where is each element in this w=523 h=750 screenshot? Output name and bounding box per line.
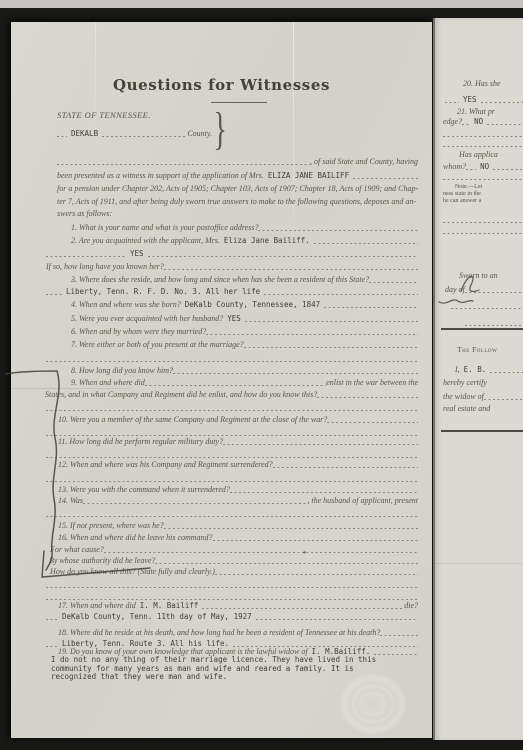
- blank-ruled-line: [46, 402, 418, 413]
- dotted-leader: [57, 136, 67, 137]
- dotted-leader: [164, 528, 418, 529]
- curly-brace: }: [213, 106, 227, 152]
- dotted-leader: [223, 444, 418, 445]
- dotted-leader: [46, 361, 418, 362]
- question-text: 3. Where does she reside, and how long a…: [71, 274, 369, 285]
- dotted-leader: [46, 410, 418, 411]
- question-has-applicant: Has applica: [459, 149, 523, 160]
- question-text: 5. Were you ever acquainted with her hus…: [71, 313, 223, 324]
- preamble-text: been presented as a witness in support o…: [57, 170, 264, 181]
- county-word: County.: [187, 128, 212, 139]
- dotted-leader: [462, 124, 470, 125]
- question-10: 10. Were you a member of the same Compan…: [58, 414, 418, 425]
- dotted-leader: [46, 619, 58, 620]
- dotted-leader: [148, 256, 418, 257]
- question-12: 12. When and where was his Company and R…: [58, 459, 418, 470]
- question-text: 9. When and where did: [71, 377, 145, 388]
- dotted-leader: [493, 169, 523, 170]
- typed-answer: NO: [474, 116, 483, 127]
- question-3: 3. Where does she reside, and how long a…: [71, 274, 418, 285]
- blank-ruled-line: [46, 473, 418, 484]
- dotted-leader: [46, 646, 58, 647]
- question-18: 18. Where did he reside at his death, an…: [58, 627, 418, 638]
- dotted-leader: [173, 373, 418, 374]
- jurat-text: day of: [445, 284, 465, 295]
- question-text: 8. How long did you know him?: [71, 365, 173, 376]
- certify-line-1: I, E. B.: [455, 364, 523, 375]
- note-text: he can answer a: [443, 198, 481, 204]
- preamble-text: , of said State and County, having: [310, 156, 418, 167]
- question-15: 15. If not present, where was he?: [58, 520, 418, 531]
- form-page-2-partial: 20. Has she YES 21. What pr edge? NO Has…: [433, 18, 523, 740]
- dotted-leader: [46, 294, 62, 295]
- typed-answer: recognized that they were man and wife.: [51, 671, 227, 682]
- jurat-text: Sworn to an: [459, 270, 498, 281]
- question-text: enlist in the war between the: [326, 377, 418, 388]
- dotted-leader: [443, 222, 523, 223]
- note-line-2: ness state in the: [443, 190, 523, 197]
- question-17: 17. When and where did I. M. Bailiff die…: [58, 600, 418, 611]
- typed-answer: YES: [130, 248, 144, 259]
- blank-ruled-line: [46, 353, 418, 364]
- typed-answer: Liberty, Tenn. R. F. D. No. 3. All her l…: [66, 286, 260, 297]
- certify-line-3: the widow of: [443, 391, 523, 402]
- question-9-continued: States, and in what Company and Regiment…: [45, 389, 418, 400]
- dotted-leader: [83, 503, 307, 504]
- following-heading: The Follow: [457, 344, 523, 355]
- question-text: 16. When and where did he leave his comm…: [58, 532, 213, 543]
- typed-answer: I. M. Bailiff: [140, 600, 199, 611]
- answer-2-yes: YES: [46, 248, 418, 259]
- question-text: How do you know all this? (State fully a…: [50, 566, 215, 577]
- dotted-leader: [451, 308, 523, 309]
- certify-text: real estate and: [443, 403, 490, 414]
- question-14: 14. Was , the husband of applicant, pres…: [58, 495, 418, 506]
- typed-answer: YES: [227, 313, 241, 324]
- question-13: 13. Were you with the command when it su…: [58, 484, 418, 495]
- question-text: States, and in what Company and Regiment…: [45, 389, 317, 400]
- dotted-leader: [244, 347, 418, 348]
- typed-answer: DeKalb County, Tenn. 11th day of May, 19…: [62, 611, 252, 622]
- question-text: 17. When and where did: [58, 600, 136, 611]
- dotted-leader: [481, 102, 523, 103]
- answer-3: Liberty, Tenn. R. F. D. No. 3. All her l…: [46, 286, 418, 297]
- dotted-leader: [46, 457, 418, 458]
- dotted-leader: [443, 146, 523, 147]
- form-title: Questions for Witnesses: [11, 76, 432, 94]
- question-5: 5. Were you ever acquainted with her hus…: [71, 313, 418, 324]
- question-11: 11. How long did he perform regular mili…: [58, 436, 418, 447]
- blank-ruled-line: [443, 214, 523, 225]
- dotted-leader: [264, 294, 418, 295]
- question-20: 20. Has she: [463, 78, 523, 89]
- sworn-line-1: Sworn to an: [459, 270, 523, 281]
- question-text: 2. Are you acquainted with the applicant…: [71, 235, 220, 246]
- dotted-leader: [206, 334, 418, 335]
- note-line-1: Note.—Let: [455, 183, 523, 190]
- paper-crease: [435, 563, 523, 564]
- certify-line-2: hereby certify: [443, 377, 523, 388]
- certify-text: hereby certify: [443, 377, 487, 388]
- question-16-authority: By whose authority did he leave?: [49, 555, 418, 566]
- dotted-leader: [46, 256, 126, 257]
- signature-line: [451, 300, 523, 311]
- question-6: 6. When and by whom were they married?: [71, 326, 418, 337]
- typed-answer: DeKalb County, Tennessee, 1847: [185, 299, 320, 310]
- question-text: If so, how long have you known her?: [46, 261, 164, 272]
- dotted-leader: [443, 233, 523, 234]
- question-text: 12. When and where was his Company and R…: [58, 459, 273, 470]
- dotted-leader: [317, 397, 418, 398]
- question-8: 8. How long did you know him?: [71, 365, 418, 376]
- dotted-leader: [145, 385, 327, 386]
- question-text: die?: [404, 600, 418, 611]
- dotted-leader: [465, 292, 523, 293]
- answer-17: DeKalb County, Tenn. 11th day of May, 19…: [46, 611, 418, 622]
- dotted-leader: [443, 179, 523, 180]
- preamble-line-1: , of said State and County, having: [57, 156, 418, 167]
- dotted-leader: [155, 563, 418, 564]
- typed-answer: YES: [463, 94, 477, 105]
- blank-ruled-line: [46, 579, 418, 590]
- dotted-leader: [245, 321, 418, 322]
- form-page-1: Questions for Witnesses STATE OF TENNESS…: [11, 22, 432, 738]
- question-16: 16. When and where did he leave his comm…: [58, 532, 418, 543]
- county-line: DEKALB County.: [57, 128, 212, 139]
- dotted-leader: [213, 540, 418, 541]
- dotted-leader: [353, 178, 418, 179]
- question-text: 1. What is your name and what is your po…: [71, 222, 258, 233]
- dotted-leader: [380, 635, 418, 636]
- dotted-leader: [57, 164, 310, 165]
- dotted-leader: [324, 307, 418, 308]
- dotted-leader: [327, 422, 418, 423]
- dotted-leader: [490, 372, 523, 373]
- state-heading: STATE OF TENNESSEE.: [57, 110, 151, 120]
- question-1: 1. What is your name and what is your po…: [71, 222, 418, 233]
- question-text: Has applica: [459, 149, 498, 160]
- dotted-leader: [466, 169, 476, 170]
- asterisk-mark: *: [303, 550, 307, 558]
- question-2: 2. Are you acquainted with the applicant…: [71, 235, 418, 246]
- dotted-leader: [256, 619, 418, 620]
- blank-ruled-line: [46, 508, 418, 519]
- preamble-line-4: ter 7, Acts of 1911, and after being dul…: [57, 196, 418, 207]
- dotted-leader: [465, 325, 523, 326]
- blank-ruled-line: [443, 138, 523, 149]
- dotted-leader: [443, 136, 523, 137]
- section-rule: [441, 328, 523, 330]
- heading-text: The Follow: [457, 344, 497, 355]
- typed-answer: Eliza Jane Bailiff.: [224, 235, 310, 246]
- question-text: 13. Were you with the command when it su…: [58, 484, 230, 495]
- answer-20: YES: [445, 94, 523, 105]
- dotted-leader: [202, 608, 404, 609]
- dotted-leader: [445, 102, 459, 103]
- question-text: 14. Was: [58, 495, 83, 506]
- dotted-leader: [273, 467, 418, 468]
- preamble-line-5: swers as follows:: [57, 208, 112, 219]
- dotted-leader: [46, 481, 418, 482]
- embossed-notary-seal: [340, 674, 406, 734]
- certify-text: I,: [455, 364, 460, 375]
- section-rule: [441, 430, 523, 432]
- dotted-leader: [369, 282, 418, 283]
- note-line-3: he can answer a: [443, 197, 523, 204]
- dotted-leader: [46, 516, 418, 517]
- question-4: 4. When and where was she born? DeKalb C…: [71, 299, 418, 310]
- dotted-leader: [104, 552, 418, 553]
- question-21-continued: edge? NO: [443, 116, 523, 127]
- question-text: 7. Were either or both of you present at…: [71, 339, 244, 350]
- scan-frame-edge: [0, 0, 523, 8]
- question-9: 9. When and where did enlist in the war …: [71, 377, 418, 388]
- question-text: 18. Where did he reside at his death, an…: [58, 627, 380, 638]
- dotted-leader: [230, 492, 418, 493]
- question-text: 4. When and where was she born?: [71, 299, 181, 310]
- question-text: 20. Has she: [463, 78, 501, 89]
- question-text: By whose authority did he leave?: [49, 555, 155, 566]
- preamble-text: ter 7, Acts of 1911, and after being dul…: [57, 196, 416, 207]
- typed-name: E. B.: [464, 364, 487, 375]
- preamble-text: for a pension under Chapter 202, Acts of…: [57, 183, 418, 194]
- blank-ruled-line: [443, 171, 523, 182]
- dotted-leader: [102, 136, 187, 137]
- dotted-leader: [258, 230, 418, 231]
- preamble-line-3: for a pension under Chapter 202, Acts of…: [57, 183, 418, 194]
- county-typed-value: DEKALB: [71, 128, 98, 139]
- question-text: , the husband of applicant, present: [307, 495, 418, 506]
- dotted-leader: [484, 399, 523, 400]
- question-text: 11. How long did he perform regular mili…: [58, 436, 223, 447]
- applicant-name-typed: ELIZA JANE BAILIFF: [268, 170, 349, 181]
- question-text: 6. When and by whom were they married?: [71, 326, 206, 337]
- question-text: 15. If not present, where was he?: [58, 520, 164, 531]
- dotted-leader: [314, 243, 418, 244]
- dotted-leader: [487, 124, 523, 125]
- question-16-how-know: How do you know all this? (State fully a…: [50, 566, 418, 577]
- photographed-document: Questions for Witnesses STATE OF TENNESS…: [0, 0, 523, 750]
- question-text: edge?: [443, 116, 462, 127]
- dotted-leader: [215, 574, 418, 575]
- preamble-line-2: been presented as a witness in support o…: [57, 170, 418, 181]
- dotted-leader: [164, 269, 418, 270]
- question-text: For what cause?: [50, 544, 104, 555]
- sworn-line-2: day of: [445, 284, 523, 295]
- blank-ruled-line: [443, 225, 523, 236]
- question-2b: If so, how long have you known her?: [46, 261, 418, 272]
- question-7: 7. Were either or both of you present at…: [71, 339, 418, 350]
- question-text: 10. Were you a member of the same Compan…: [58, 414, 327, 425]
- certify-line-4: real estate and: [443, 403, 523, 414]
- dotted-leader: [46, 587, 418, 588]
- preamble-text: swers as follows:: [57, 208, 112, 219]
- blank-ruled-line: [465, 317, 523, 328]
- question-16-cause: For what cause?: [50, 544, 418, 555]
- certify-text: the widow of: [443, 391, 484, 402]
